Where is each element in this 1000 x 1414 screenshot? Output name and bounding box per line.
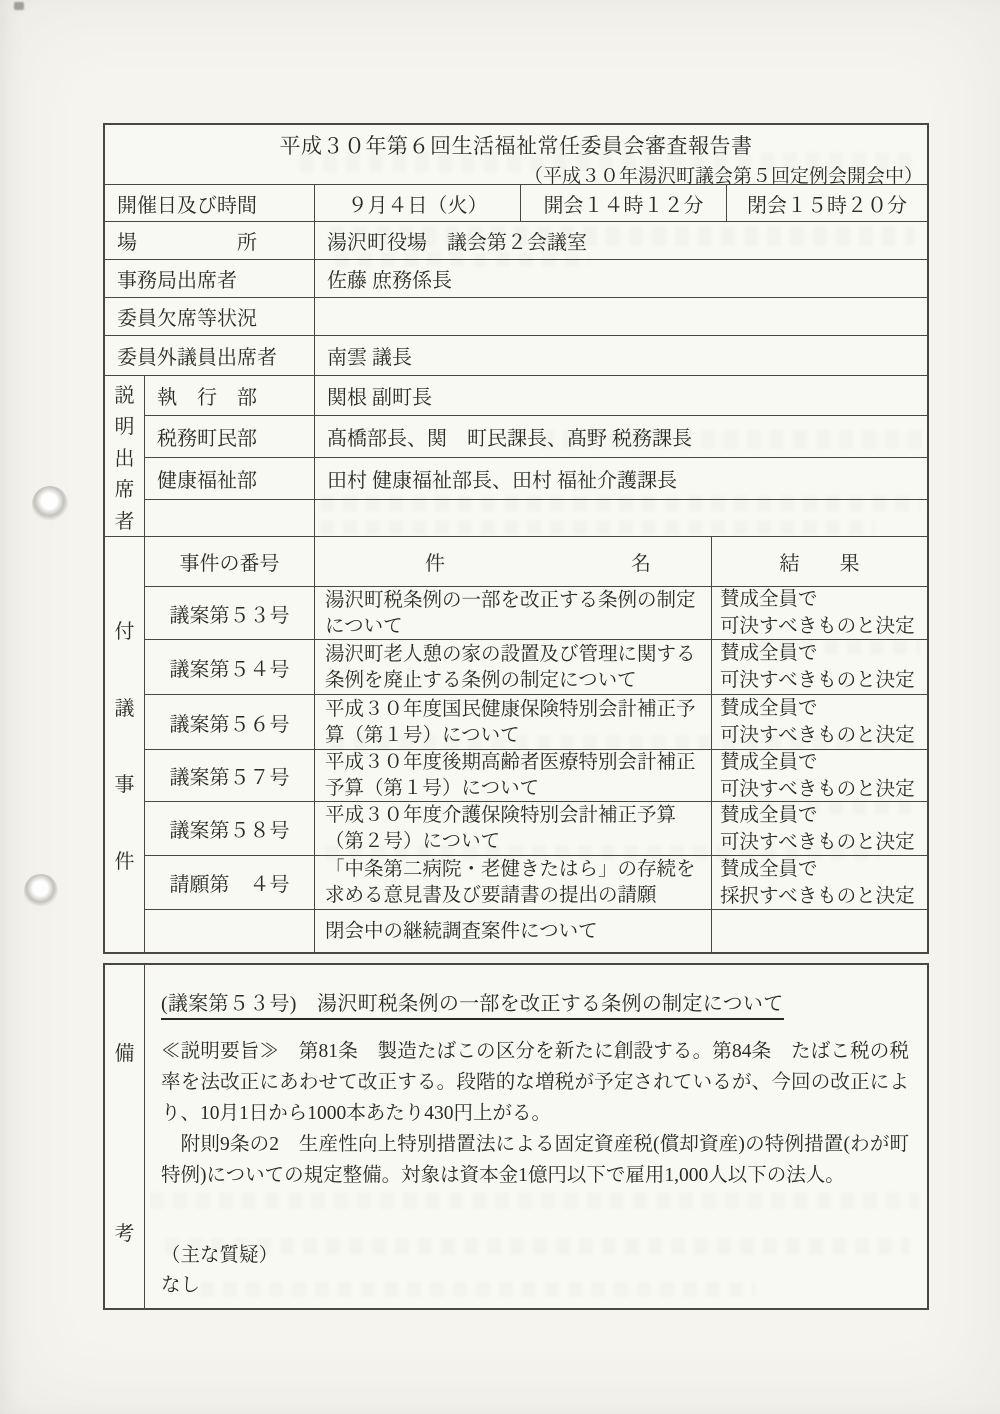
explainer-dept: 執 行 部 [145, 376, 315, 415]
scan-speck [14, 2, 24, 10]
meta-value-absence [315, 298, 927, 335]
agenda-section: 付 議 事 件 事件の番号 件 名 結 果 議案第５３号 湯沢町税条例の一部を改… [105, 537, 927, 952]
punch-hole-shadow [24, 874, 58, 908]
meta-value-nonmember: 南雲 議長 [315, 336, 927, 375]
case-number [145, 910, 315, 952]
notes-content: (議案第５３号) 湯沢町税条例の一部を改正する条例の制定について ≪説明要旨≫ … [145, 965, 927, 1308]
explainer-names: 関根 副町長 [315, 376, 927, 415]
report-table: 平成３０年第６回生活福祉常任委員会審査報告書 （平成３０年湯沢町議会第５回定例会… [103, 123, 929, 954]
case-number: 議案第５３号 [145, 587, 315, 639]
meta-value-date: ９月４日（火） [315, 185, 521, 221]
meta-label-nonmember: 委員外議員出席者 [105, 336, 315, 375]
vertical-label-char: 件 [115, 845, 135, 874]
meta-value-close-time: 閉会１５時２０分 [727, 185, 927, 221]
case-result-line: 賛成全員で [720, 802, 818, 829]
explainer-names [315, 500, 927, 536]
explainer-row [145, 500, 927, 536]
explainer-row: 健康福祉部 田村 健康福祉部長、田村 福祉介護課長 [145, 458, 927, 500]
case-result: 賛成全員で 採択すべきものと決定 [712, 856, 927, 909]
meta-row-datetime: 開催日及び時間 ９月４日（火） 開会１４時１２分 閉会１５時２０分 [105, 185, 927, 222]
notes-paragraph: ≪説明要旨≫ 第81条 製造たばこの区分を新たに創設する。第84条 たばこ税の税… [161, 1036, 909, 1129]
agenda-header-name-left: 件 [425, 547, 445, 576]
case-name: 閉会中の継続調査案件について [315, 910, 712, 952]
case-name: 「中条第二病院・老健きたはら」の存続を求める意見書及び要請書の提出の請願 [315, 856, 712, 909]
notes-questions-block: （主な質疑） なし [161, 1241, 909, 1301]
case-number: 議案第５８号 [145, 802, 315, 855]
meta-value-place: 湯沢町役場 議会第２会議室 [315, 222, 927, 259]
vertical-label-char: 説 [115, 379, 135, 408]
report-subtitle: （平成３０年湯沢町議会第５回定例会開会中） [105, 161, 927, 188]
explainer-dept: 税務町民部 [145, 416, 315, 457]
case-number: 議案第５６号 [145, 695, 315, 749]
notes-heading: (議案第５３号) 湯沢町税条例の一部を改正する条例の制定について [161, 987, 909, 1016]
vertical-label-char: 考 [115, 1217, 135, 1246]
case-result [712, 910, 927, 952]
notes-paragraph: 附則9条の2 生産性向上特別措置法による固定資産税(償却資産)の特例措置(わが町… [161, 1129, 909, 1191]
meta-value-secretariat: 佐藤 庶務係長 [315, 260, 927, 297]
agenda-row: 議案第５４号 湯沢町老人憩の家の設置及び管理に関する条例を廃止する条例の制定につ… [145, 640, 927, 695]
case-result-line: 賛成全員で [720, 586, 818, 613]
case-name: 湯沢町老人憩の家の設置及び管理に関する条例を廃止する条例の制定について [315, 640, 712, 694]
notes-heading-text: (議案第５３号) 湯沢町税条例の一部を改正する条例の制定について [161, 993, 784, 1020]
case-result: 賛成全員で 可決すべきものと決定 [712, 640, 927, 694]
meta-row-absence: 委員欠席等状況 [105, 298, 927, 336]
case-result-line: 可決すべきものと決定 [720, 613, 915, 640]
case-result-line: 賛成全員で [720, 749, 818, 776]
agenda-row: 議案第５７号 平成３０年度後期高齢者医療特別会計補正予算（第１号）について 賛成… [145, 750, 927, 802]
case-number: 議案第５４号 [145, 640, 315, 694]
case-result-line: 賛成全員で [720, 856, 818, 883]
notes-vertical-label: 備 考 [105, 965, 145, 1308]
notes-question-label: （主な質疑） [161, 1241, 909, 1271]
meta-row-secretariat: 事務局出席者 佐藤 庶務係長 [105, 260, 927, 298]
agenda-row: 請願第 ４号 「中条第二病院・老健きたはら」の存続を求める意見書及び要請書の提出… [145, 856, 927, 910]
case-result-line: 賛成全員で [720, 695, 818, 722]
case-name: 平成３０年度後期高齢者医療特別会計補正予算（第１号）について [315, 750, 712, 801]
vertical-label-char: 席 [115, 473, 135, 502]
agenda-header-name-right: 名 [631, 547, 651, 576]
meta-row-place: 場 所 湯沢町役場 議会第２会議室 [105, 222, 927, 260]
case-result-line: 採択すべきものと決定 [720, 883, 915, 910]
agenda-row: 議案第５３号 湯沢町税条例の一部を改正する条例の制定について 賛成全員で 可決す… [145, 587, 927, 640]
meta-label-place: 場 所 [105, 222, 315, 259]
notes-question-answer: なし [161, 1271, 909, 1301]
agenda-header-name: 件 名 [315, 537, 712, 586]
agenda-header-row: 事件の番号 件 名 結 果 [145, 537, 927, 587]
meta-label-secretariat: 事務局出席者 [105, 260, 315, 297]
explainer-row: 執 行 部 関根 副町長 [145, 376, 927, 416]
notes-table: 備 考 (議案第５３号) 湯沢町税条例の一部を改正する条例の制定について ≪説明… [103, 963, 929, 1310]
agenda-header-number: 事件の番号 [145, 537, 315, 586]
vertical-label-char: 出 [115, 442, 135, 471]
explainer-row: 税務町民部 髙橋部長、関 町民課長、髙野 税務課長 [145, 416, 927, 458]
case-name: 平成３０年度国民健康保険特別会計補正予算（第１号）について [315, 695, 712, 749]
explainer-dept [145, 500, 315, 536]
title-block: 平成３０年第６回生活福祉常任委員会審査報告書 （平成３０年湯沢町議会第５回定例会… [105, 125, 927, 185]
explainers-section: 説 明 出 席 者 執 行 部 関根 副町長 税務町民部 髙橋部長、関 町民課長… [105, 376, 927, 537]
vertical-label-char: 明 [115, 410, 135, 439]
explainer-names: 田村 健康福祉部長、田村 福祉介護課長 [315, 458, 927, 499]
case-result: 賛成全員で 可決すべきものと決定 [712, 695, 927, 749]
punch-hole-shadow [32, 486, 68, 522]
case-result-line: 可決すべきものと決定 [720, 829, 915, 856]
case-result: 賛成全員で 可決すべきものと決定 [712, 587, 927, 639]
vertical-label-char: 事 [115, 768, 135, 797]
case-result-line: 可決すべきものと決定 [720, 667, 915, 694]
meta-value-open-time: 開会１４時１２分 [521, 185, 727, 221]
scanned-report-page: 平成３０年第６回生活福祉常任委員会審査報告書 （平成３０年湯沢町議会第５回定例会… [0, 0, 1000, 1414]
vertical-label-char: 議 [115, 692, 135, 721]
agenda-header-result: 結 果 [712, 537, 927, 586]
case-result-line: 可決すべきものと決定 [720, 722, 915, 749]
case-name: 湯沢町税条例の一部を改正する条例の制定について [315, 587, 712, 639]
case-result-line: 可決すべきものと決定 [720, 776, 915, 803]
case-result: 賛成全員で 可決すべきものと決定 [712, 750, 927, 801]
case-number: 請願第 ４号 [145, 856, 315, 909]
report-title: 平成３０年第６回生活福祉常任委員会審査報告書 [105, 130, 927, 160]
meta-label-datetime: 開催日及び時間 [105, 185, 315, 221]
agenda-row: 閉会中の継続調査案件について [145, 910, 927, 952]
agenda-row: 議案第５８号 平成３０年度介護保険特別会計補正予算（第２号）について 賛成全員で… [145, 802, 927, 856]
case-number: 議案第５７号 [145, 750, 315, 801]
vertical-label-char: 付 [115, 615, 135, 644]
explainers-vertical-label: 説 明 出 席 者 [105, 376, 145, 536]
agenda-row: 議案第５６号 平成３０年度国民健康保険特別会計補正予算（第１号）について 賛成全… [145, 695, 927, 750]
explainer-dept: 健康福祉部 [145, 458, 315, 499]
agenda-vertical-label: 付 議 事 件 [105, 537, 145, 952]
case-result: 賛成全員で 可決すべきものと決定 [712, 802, 927, 855]
meta-label-absence: 委員欠席等状況 [105, 298, 315, 335]
meta-row-nonmember: 委員外議員出席者 南雲 議長 [105, 336, 927, 376]
explainer-names: 髙橋部長、関 町民課長、髙野 税務課長 [315, 416, 927, 457]
vertical-label-char: 者 [115, 505, 135, 534]
case-result-line: 賛成全員で [720, 640, 818, 667]
case-name: 平成３０年度介護保険特別会計補正予算（第２号）について [315, 802, 712, 855]
vertical-label-char: 備 [115, 1037, 135, 1066]
